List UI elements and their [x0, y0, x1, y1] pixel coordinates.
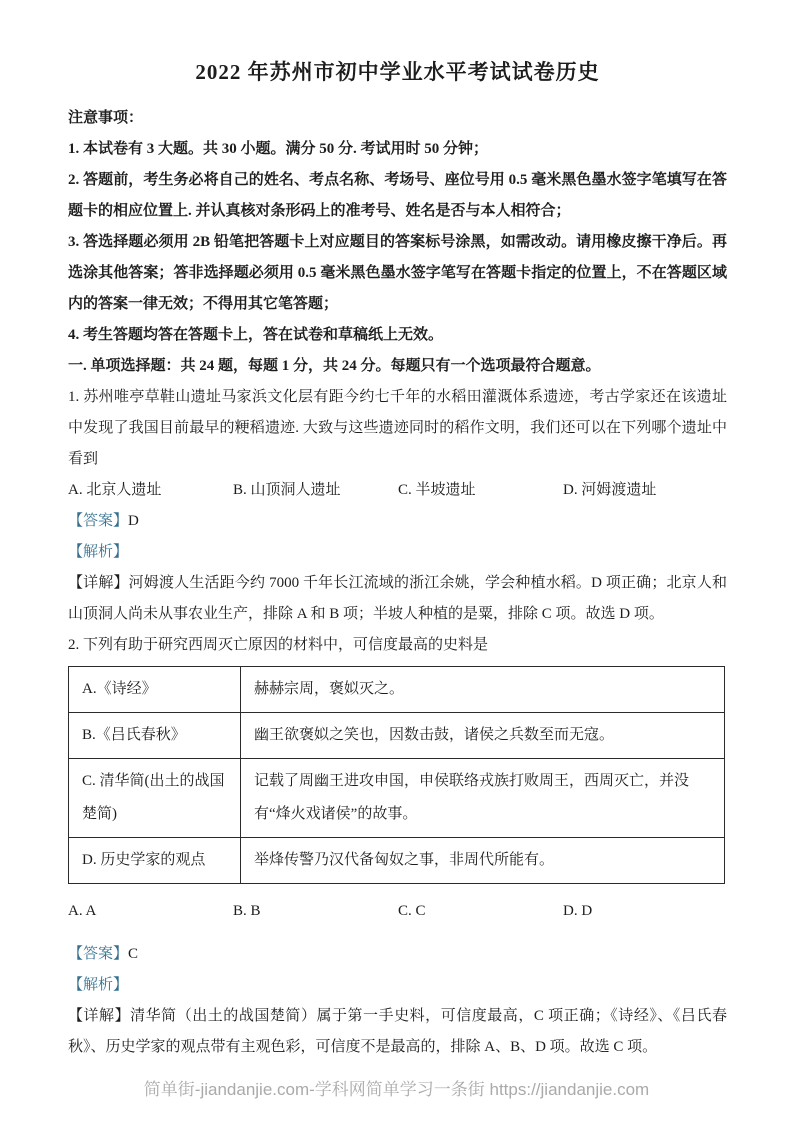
question-2-detail: 【详解】清华简（出土的战国楚简）属于第一手史料，可信度最高，C 项正确；《诗经》…	[68, 1001, 727, 1063]
option-d: D. D	[563, 896, 592, 927]
notice-item-2: 2. 答题前，考生务必将自己的姓名、考点名称、考场号、座位号用 0.5 毫米黑色…	[68, 165, 727, 227]
table-row: B.《吕氏春秋》 幽王欲褒姒之笑也，因数击鼓，诸侯之兵数至而无寇。	[69, 712, 725, 758]
detail-text: 清华简（出土的战国楚简）属于第一手史料，可信度最高，C 项正确；《诗经》、《吕氏…	[68, 1008, 727, 1055]
table-cell-source: C. 清华简(出土的战国楚简)	[69, 758, 241, 837]
option-a: A. A	[68, 896, 233, 927]
answer-value: C	[128, 946, 138, 962]
answer-label: 【答案】	[68, 946, 128, 962]
notice-heading: 注意事项：	[68, 103, 727, 134]
source-table: A.《诗经》 赫赫宗周，褒姒灭之。 B.《吕氏春秋》 幽王欲褒姒之笑也，因数击鼓…	[68, 666, 725, 884]
notice-section: 注意事项： 1. 本试卷有 3 大题。共 30 小题。满分 50 分. 考试用时…	[68, 103, 727, 351]
option-d: D. 河姆渡遗址	[563, 475, 656, 506]
page-title: 2022 年苏州市初中学业水平考试试卷历史	[68, 56, 727, 90]
notice-item-3: 3. 答选择题必须用 2B 铅笔把答题卡上对应题目的答案标号涂黑，如需改动。请用…	[68, 227, 727, 320]
question-2-answer-line: 【答案】C	[68, 939, 727, 970]
table-row: D. 历史学家的观点 举烽传警乃汉代备匈奴之事，非周代所能有。	[69, 837, 725, 883]
option-b: B. B	[233, 896, 398, 927]
exam-paper-page: 2022 年苏州市初中学业水平考试试卷历史 注意事项： 1. 本试卷有 3 大题…	[0, 0, 793, 1122]
answer-label: 【答案】	[68, 513, 128, 529]
table-cell-source: B.《吕氏春秋》	[69, 712, 241, 758]
option-a: A. 北京人遗址	[68, 475, 233, 506]
detail-label: 【详解】	[68, 1008, 130, 1024]
table-cell-content: 赫赫宗周，褒姒灭之。	[241, 666, 725, 712]
detail-label: 【详解】	[68, 575, 129, 591]
question-1-detail: 【详解】河姆渡人生活距今约 7000 千年长江流域的浙江余姚，学会种植水稻。D …	[68, 568, 727, 630]
notice-item-4: 4. 考生答题均答在答题卡上，答在试卷和草稿纸上无效。	[68, 320, 727, 351]
page-content: 2022 年苏州市初中学业水平考试试卷历史 注意事项： 1. 本试卷有 3 大题…	[0, 0, 793, 1063]
question-2: 2. 下列有助于研究西周灭亡原因的材料中，可信度最高的史料是 A.《诗经》 赫赫…	[68, 630, 727, 1063]
question-1-answer-line: 【答案】D	[68, 506, 727, 537]
table-cell-content: 记载了周幽王进攻申国，申侯联络戎族打败周王，西周灭亡，并没有“烽火戏诸侯”的故事…	[241, 758, 725, 837]
analysis-label: 【解析】	[68, 544, 128, 560]
question-1-options: A. 北京人遗址 B. 山顶洞人遗址 C. 半坡遗址 D. 河姆渡遗址	[68, 475, 727, 506]
question-1-analysis-label-line: 【解析】	[68, 537, 727, 568]
table-row: C. 清华简(出土的战国楚简) 记载了周幽王进攻申国，申侯联络戎族打败周王，西周…	[69, 758, 725, 837]
table-cell-source: A.《诗经》	[69, 666, 241, 712]
question-2-options: A. A B. B C. C D. D	[68, 896, 727, 927]
analysis-label: 【解析】	[68, 977, 128, 993]
option-c: C. 半坡遗址	[398, 475, 563, 506]
detail-text: 河姆渡人生活距今约 7000 千年长江流域的浙江余姚，学会种植水稻。D 项正确；…	[68, 575, 727, 622]
site-footer-watermark: 简单街-jiandanjie.com-学科网简单学习一条街 https://ji…	[0, 1075, 793, 1100]
question-1-stem: 1. 苏州唯亭草鞋山遗址马家浜文化层有距今约七千年的水稻田灌溉体系遗迹，考古学家…	[68, 382, 727, 475]
answer-value: D	[128, 513, 139, 529]
question-1: 1. 苏州唯亭草鞋山遗址马家浜文化层有距今约七千年的水稻田灌溉体系遗迹，考古学家…	[68, 382, 727, 630]
table-cell-source: D. 历史学家的观点	[69, 837, 241, 883]
option-b: B. 山顶洞人遗址	[233, 475, 398, 506]
option-c: C. C	[398, 896, 563, 927]
table-cell-content: 幽王欲褒姒之笑也，因数击鼓，诸侯之兵数至而无寇。	[241, 712, 725, 758]
table-row: A.《诗经》 赫赫宗周，褒姒灭之。	[69, 666, 725, 712]
section-heading: 一. 单项选择题：共 24 题，每题 1 分，共 24 分。每题只有一个选项最符…	[68, 351, 727, 382]
notice-item-1: 1. 本试卷有 3 大题。共 30 小题。满分 50 分. 考试用时 50 分钟…	[68, 134, 727, 165]
question-2-analysis-label-line: 【解析】	[68, 970, 727, 1001]
table-cell-content: 举烽传警乃汉代备匈奴之事，非周代所能有。	[241, 837, 725, 883]
question-2-stem: 2. 下列有助于研究西周灭亡原因的材料中，可信度最高的史料是	[68, 630, 727, 661]
